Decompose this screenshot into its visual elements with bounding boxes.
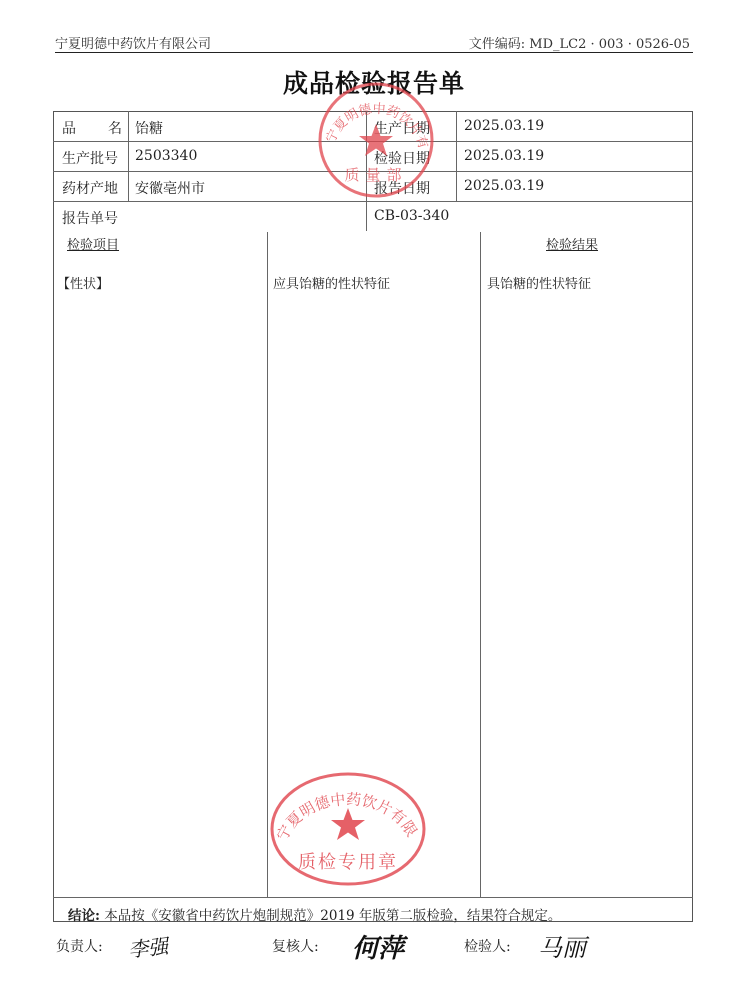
production-date-label: 生产日期 [374, 118, 430, 138]
row-divider [53, 171, 693, 172]
production-date-value: 2025.03.19 [464, 118, 544, 134]
row-divider [53, 141, 693, 142]
conclusion: 结论: 本品按《安徽省中药饮片炮制规范》2019 年版第二版检验，结果符合规定。 [68, 904, 561, 924]
row-divider [53, 201, 693, 202]
company-name: 宁夏明德中药饮片有限公司 [55, 33, 211, 52]
responsible-signature: 李强 [127, 930, 170, 963]
report-date-label: 报告日期 [374, 178, 430, 198]
test-item: 【性状】 [57, 273, 109, 292]
header-rule [55, 52, 693, 53]
report-no-value: CB-03-340 [374, 208, 449, 224]
product-name-label: 品 名 [62, 118, 122, 138]
row-divider [53, 897, 693, 898]
conclusion-label: 结论: [68, 908, 100, 924]
col-divider [128, 111, 129, 201]
responsible-label: 负责人: [56, 936, 103, 956]
origin-label: 药材产地 [62, 178, 118, 198]
test-result: 具饴糖的性状特征 [487, 273, 591, 292]
file-code-value: MD_LC2 · 003 · 0526-05 [529, 37, 690, 52]
col-divider [267, 232, 268, 897]
page-title: 成品检验报告单 [0, 64, 748, 100]
test-result-header: 检验结果 [546, 234, 598, 253]
product-name-value: 饴糖 [135, 118, 163, 138]
inspector-signature: 马丽 [538, 928, 586, 963]
col-divider [480, 232, 481, 897]
report-table [53, 111, 693, 922]
inspector-label: 检验人: [464, 936, 511, 956]
col-divider [366, 111, 367, 231]
file-code-label: 文件编码: [469, 37, 525, 52]
reviewer-signature: 何萍 [352, 928, 404, 965]
col-divider [456, 111, 457, 201]
file-code: 文件编码: MD_LC2 · 003 · 0526-05 [469, 33, 690, 52]
report-no-label: 报告单号 [62, 208, 118, 228]
report-date-value: 2025.03.19 [464, 178, 544, 194]
batch-value: 2503340 [135, 148, 197, 164]
test-item-header: 检验项目 [67, 234, 119, 253]
inspection-date-value: 2025.03.19 [464, 148, 544, 164]
test-standard: 应具饴糖的性状特征 [273, 273, 390, 292]
reviewer-label: 复核人: [272, 936, 319, 956]
batch-label: 生产批号 [62, 148, 118, 168]
inspection-date-label: 检验日期 [374, 148, 430, 168]
origin-value: 安徽亳州市 [135, 178, 205, 198]
conclusion-text: 本品按《安徽省中药饮片炮制规范》2019 年版第二版检验，结果符合规定。 [104, 908, 561, 924]
